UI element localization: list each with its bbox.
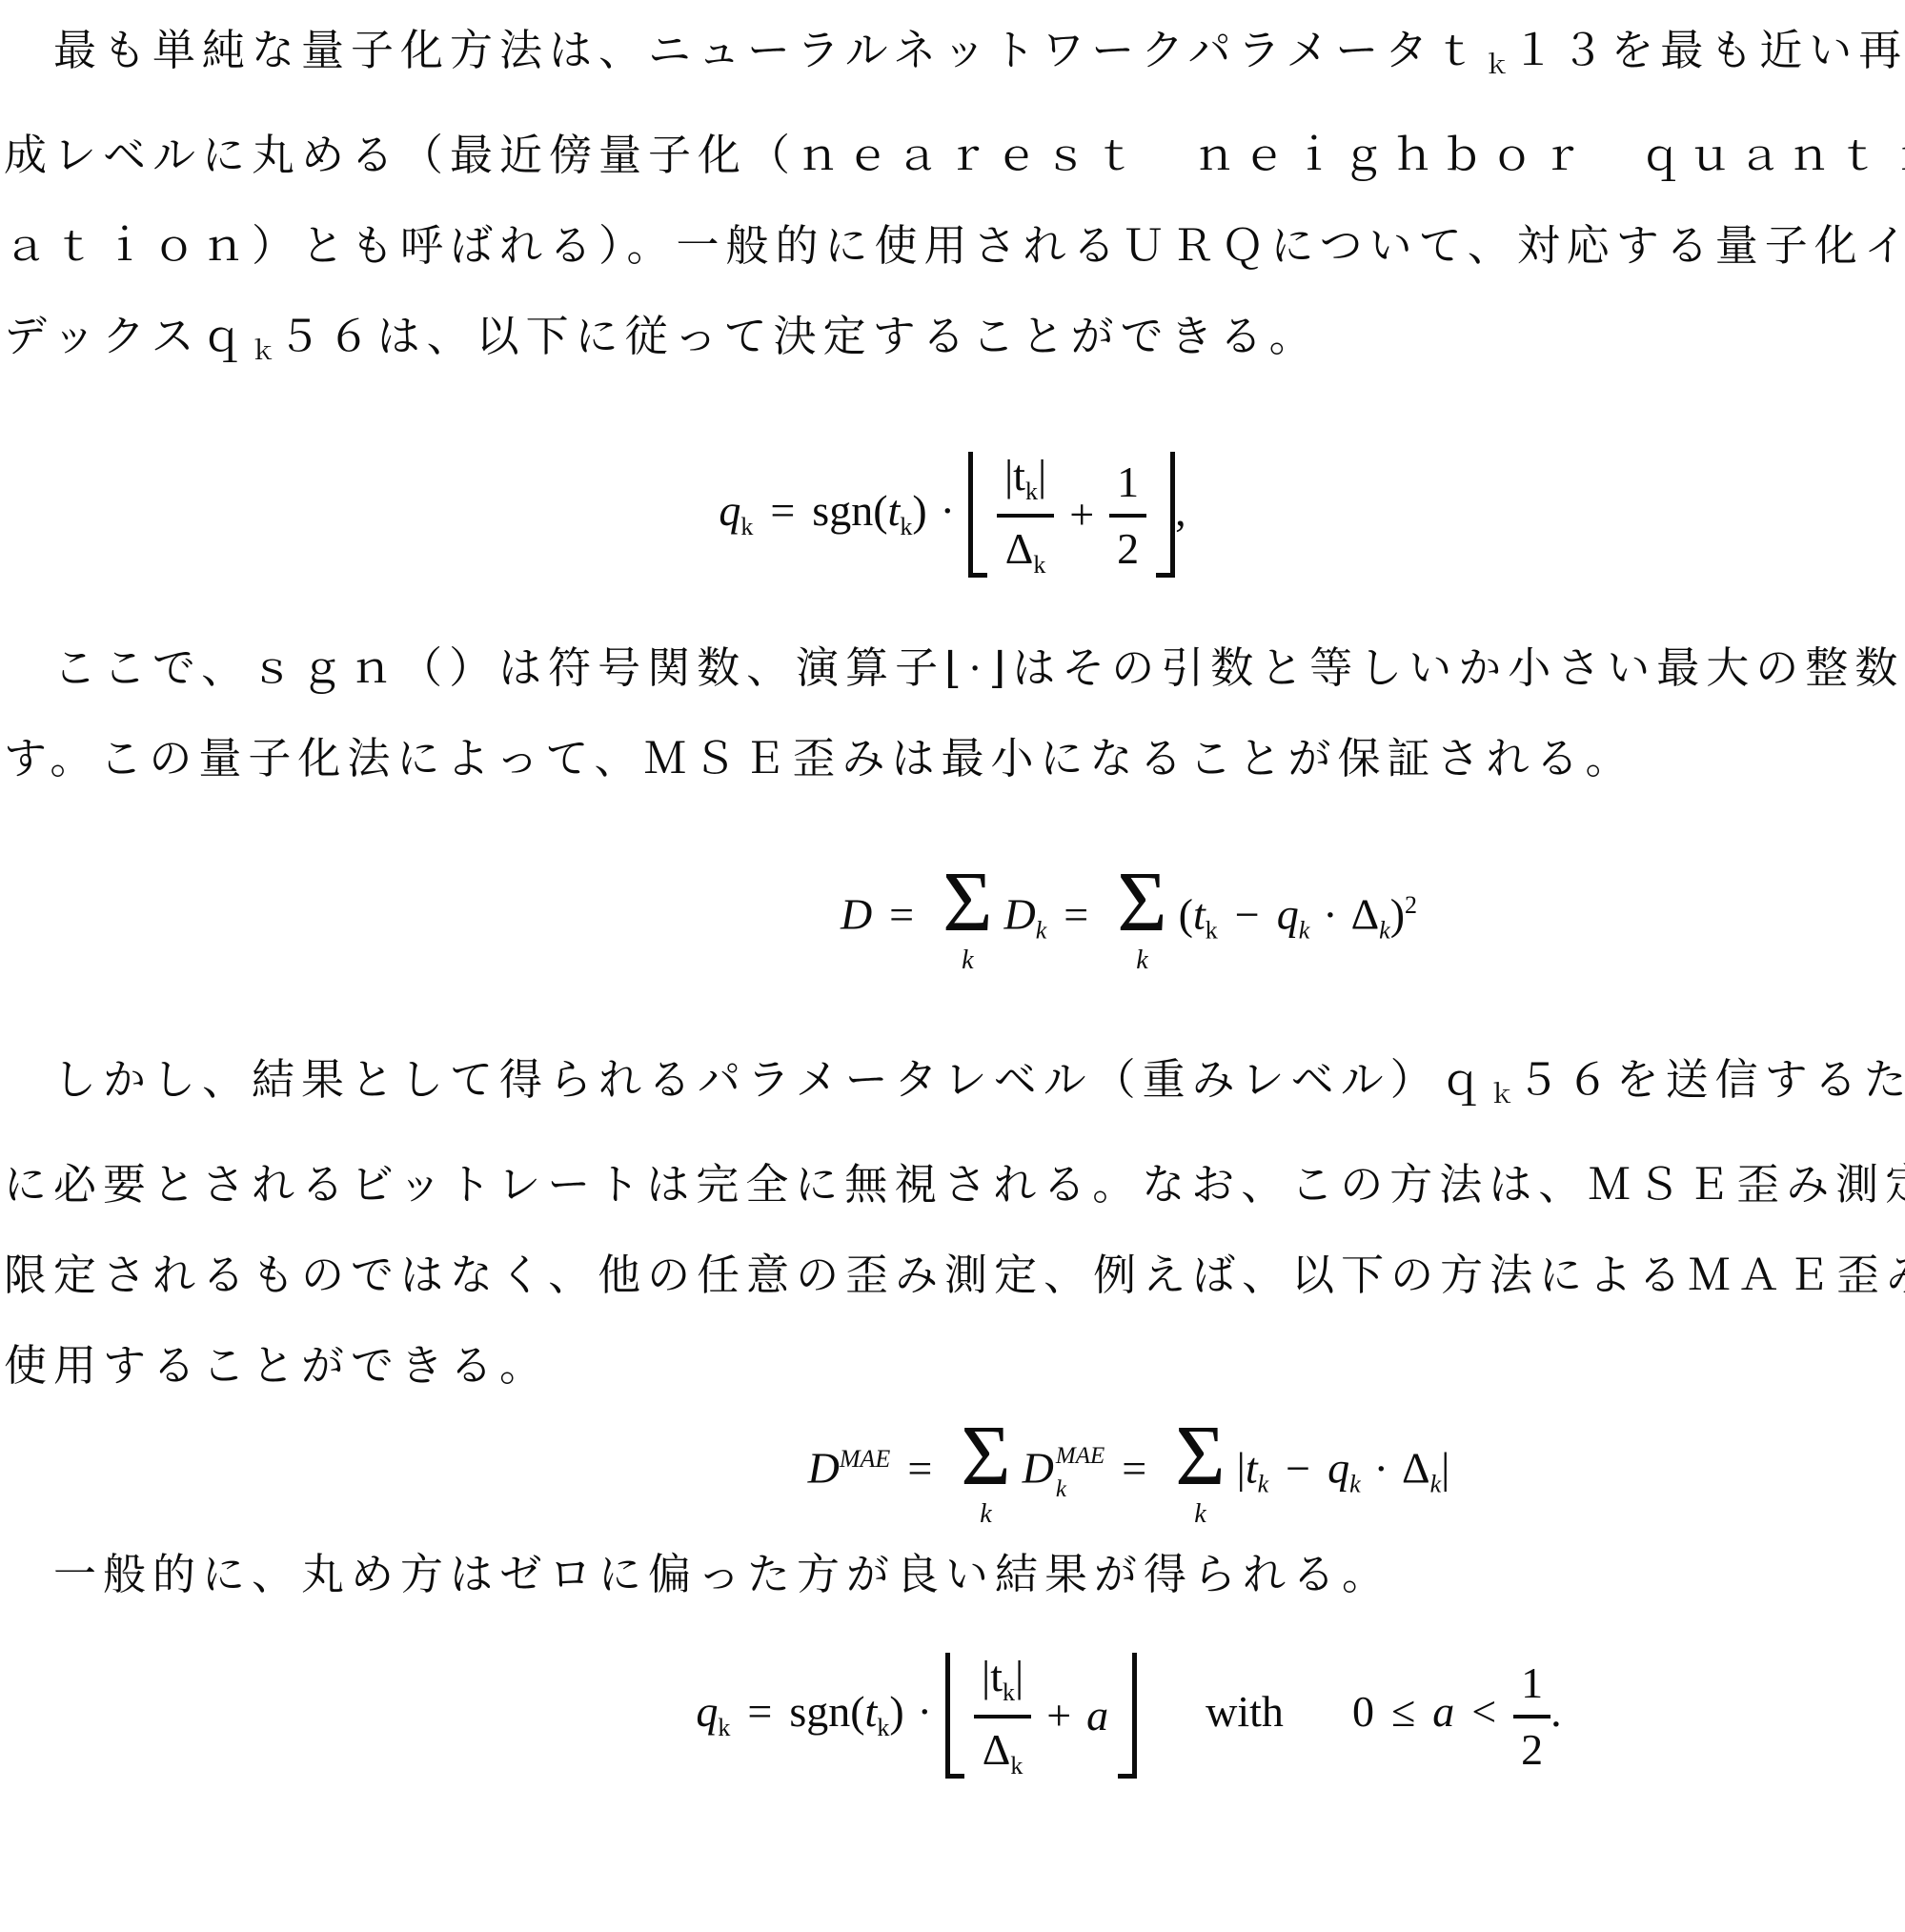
paragraph-rounding-bias: 一般的に、丸め方はゼロに偏った方が良い結果が得られる。 (4, 1530, 1901, 1620)
paragraph-bitrate-note: しかし、結果として得られるパラメータレベル（重みレベル）ｑｋ５６を送信するため … (4, 1035, 1901, 1412)
fraction-group: 12 (1513, 1659, 1550, 1772)
math-token: k (1036, 917, 1047, 945)
math-token: k (1430, 1471, 1442, 1498)
math-token: a (1086, 1694, 1108, 1738)
math-token: ) (1390, 890, 1405, 939)
fraction-denominator: Δk (983, 1718, 1023, 1779)
text-run: １３を最も近い再構 (1511, 27, 1905, 74)
math-token: a (1432, 1687, 1454, 1736)
multiplication-dot: · (1323, 890, 1337, 939)
math-token: . (1550, 1687, 1562, 1736)
floor-bracket-group: |tk|Δk+a (945, 1653, 1137, 1779)
p3-line1: しかし、結果として得られるパラメータレベル（重みレベル）ｑｋ５６を送信するため (4, 1035, 1901, 1140)
p3-line4: 使用することができる。 (4, 1321, 1901, 1412)
text-run: 使用することができる。 (4, 1342, 549, 1390)
math-token: sgn( (812, 486, 887, 535)
math-token: k (900, 513, 912, 540)
sigma-symbol: Σ (961, 1417, 1010, 1496)
summation: Σk (961, 1417, 1010, 1528)
text-run: ここで、ｓｇｎ（）は符号関数、演算子⌊·⌋はその引数と等しいか小さい最大の整数を… (4, 644, 1905, 692)
math-token: q (719, 486, 740, 535)
text-run: 成レベルに丸める（最近傍量子化（ｎｅａｒｅｓｔ ｎｅｉｇｈｂｏｒ ｑｕａｎｔｉｚ (4, 132, 1905, 179)
math-token: ) (912, 486, 926, 535)
math-token: D (1004, 890, 1036, 939)
math-token: k (1003, 1678, 1015, 1706)
equals-sign: = (747, 1687, 772, 1736)
plus-sign: + (1069, 493, 1094, 537)
fraction-numerator: 1 (1513, 1659, 1550, 1718)
p1-line1: 最も単純な量子化方法は、ニューラルネットワークパラメータｔｋ１３を最も近い再構 (4, 6, 1901, 111)
equation-nearest-neighbor-quantization: qk=sgn(tk)·|tk|Δk+12, (4, 452, 1901, 578)
text-run: ５６は、以下に従って決定することができる。 (278, 313, 1319, 360)
abs-bar: | (1441, 1444, 1449, 1493)
math-token: D (808, 1444, 840, 1493)
p2-line2: す。この量子化法によって、ＭＳＥ歪みは最小になることが保証される。 (4, 714, 1901, 804)
with-keyword: with (1206, 1687, 1284, 1736)
p1-line2: 成レベルに丸める（最近傍量子化（ｎｅａｒｅｓｔ ｎｅｉｇｈｂｏｒ ｑｕａｎｔｉｚ (4, 111, 1901, 201)
math-token: k (740, 513, 753, 540)
sup-sub-stack: MAEk (1056, 1444, 1104, 1501)
multiplication-dot: · (1374, 1444, 1388, 1493)
less-than-sign: < (1471, 1687, 1496, 1736)
minus-sign: − (1286, 1444, 1310, 1493)
math-token: k (1379, 917, 1390, 945)
math-token: Δ (983, 1725, 1011, 1774)
summation: Σk (1117, 864, 1166, 974)
paragraph-sgn-explanation: ここで、ｓｇｎ（）は符号関数、演算子⌊·⌋はその引数と等しいか小さい最大の整数を… (4, 623, 1901, 804)
summation-index: k (1136, 947, 1147, 974)
math-token: |t (1004, 451, 1025, 499)
text-run: す。この量子化法によって、ＭＳＥ歪みは最小になることが保証される。 (4, 735, 1635, 783)
text-run: 一般的に、丸め方はゼロに偏った方が良い結果が得られる。 (4, 1551, 1391, 1598)
p3-line2: に必要とされるビットレートは完全に無視される。なお、この方法は、ＭＳＥ歪み測定に (4, 1140, 1901, 1230)
math-token: ) (889, 1687, 903, 1736)
text-run: しかし、結果として得られるパラメータレベル（重みレベル）ｑ (4, 1056, 1490, 1104)
math-token: Δ (1402, 1444, 1430, 1493)
math-token: Δ (1005, 524, 1034, 573)
math-token: q (696, 1687, 718, 1736)
multiplication-dot: · (918, 1687, 932, 1736)
subscript-k: ｋ (251, 336, 278, 365)
summation-index: k (962, 947, 973, 974)
p1-line3: ａｔｉｏｎ）とも呼ばれる）。一般的に使用されるＵＲＱについて、対応する量子化イン (4, 201, 1901, 292)
math-token: k (1025, 478, 1038, 505)
p3-line3: 限定されるものではなく、他の任意の歪み測定、例えば、以下の方法によるＭＡＥ歪みを (4, 1230, 1901, 1321)
math-token: k (1010, 1752, 1023, 1779)
fraction-tk-over-delta: |tk|Δk (997, 452, 1054, 578)
math-token: t (1193, 890, 1206, 939)
fraction-numerator: |tk| (974, 1653, 1031, 1718)
text-run: ａｔｉｏｎ）とも呼ばれる）。一般的に使用されるＵＲＱについて、対応する量子化イン (4, 222, 1905, 270)
equals-sign: = (770, 486, 795, 535)
fraction-tk-over-delta: |tk|Δk (974, 1653, 1031, 1779)
equation-mse-distortion: D=ΣkDk=Σk(tk−qk·Δk)2 (180, 864, 1905, 974)
floor-right-bracket (1118, 1653, 1137, 1779)
floor-left-bracket (968, 452, 987, 578)
math-token: D (1023, 1444, 1054, 1493)
floor-left-bracket (945, 1653, 964, 1779)
math-token: MAE (1056, 1444, 1104, 1468)
math-token: Δ (1351, 890, 1380, 939)
exponent: 2 (1405, 892, 1417, 920)
math-token: k (1033, 551, 1045, 579)
summation-index: k (980, 1501, 991, 1528)
fraction-one-half: 12 (1109, 458, 1146, 571)
math-token: k (1349, 1471, 1361, 1498)
math-token: ( (1179, 890, 1193, 939)
text-run: に必要とされるビットレートは完全に無視される。なお、この方法は、ＭＳＥ歪み測定に (4, 1161, 1905, 1209)
summation: Σk (1175, 1417, 1225, 1528)
math-token: k (1258, 1471, 1269, 1498)
sigma-symbol: Σ (1175, 1417, 1225, 1496)
math-token: k (877, 1714, 889, 1741)
abs-bar: | (1237, 1444, 1246, 1493)
math-token: MAE (840, 1445, 890, 1473)
math-token: t (1246, 1444, 1258, 1493)
equation-biased-rounding: qk=sgn(tk)·|tk|Δk+awith0≤a<12. (180, 1653, 1905, 1779)
fraction-denominator: 2 (1521, 1718, 1543, 1772)
sigma-symbol: Σ (1117, 864, 1166, 943)
math-token: t (888, 486, 901, 535)
plus-sign: + (1046, 1694, 1071, 1738)
floor-bracket-group: |tk|Δk+12 (968, 452, 1175, 578)
math-token: k (1206, 917, 1218, 945)
math-token: q (1327, 1444, 1349, 1493)
leq-sign: ≤ (1391, 1687, 1415, 1736)
subscript-k: ｋ (1490, 1080, 1517, 1108)
p1-line4: デックスｑｋ５６は、以下に従って決定することができる。 (4, 292, 1901, 397)
text-run: 限定されるものではなく、他の任意の歪み測定、例えば、以下の方法によるＭＡＥ歪みを (4, 1251, 1905, 1299)
equals-sign: = (889, 890, 914, 939)
text-run: ５６を送信するため (1517, 1056, 1905, 1104)
equals-sign: = (1064, 890, 1088, 939)
math-token: k (1056, 1477, 1066, 1501)
equals-sign: = (907, 1444, 932, 1493)
equation-mae-distortion: DMAE=ΣkDMAEk=Σk|tk−qk·Δk| (180, 1417, 1905, 1528)
math-token: q (1277, 890, 1299, 939)
math-token: | (1038, 451, 1046, 499)
math-token: k (718, 1714, 730, 1741)
math-token: t (865, 1687, 878, 1736)
math-token: sgn( (789, 1687, 864, 1736)
subscript-k: ｋ (1484, 51, 1511, 79)
text-run: デックスｑ (4, 313, 251, 360)
fraction-numerator: 1 (1109, 458, 1146, 518)
minus-sign: − (1235, 890, 1260, 939)
text-run: 最も単純な量子化方法は、ニューラルネットワークパラメータｔ (4, 27, 1484, 74)
summation: Σk (942, 864, 992, 974)
floor-right-bracket (1156, 452, 1175, 578)
fraction-denominator: Δk (1005, 518, 1046, 578)
fraction-one-half: 12 (1513, 1659, 1550, 1772)
patent-page: 最も単純な量子化方法は、ニューラルネットワークパラメータｔｋ１３を最も近い再構 … (0, 0, 1905, 1932)
math-token: | (1015, 1652, 1023, 1700)
math-token: k (1299, 917, 1310, 945)
p2-line1: ここで、ｓｇｎ（）は符号関数、演算子⌊·⌋はその引数と等しいか小さい最大の整数を… (4, 623, 1901, 714)
fraction-numerator: |tk| (997, 452, 1054, 518)
summation-index: k (1194, 1501, 1206, 1528)
sigma-symbol: Σ (942, 864, 992, 943)
fraction-denominator: 2 (1117, 518, 1139, 571)
math-token: 0 (1352, 1687, 1374, 1736)
math-token: D (841, 890, 872, 939)
paragraph-quantization-intro: 最も単純な量子化方法は、ニューラルネットワークパラメータｔｋ１３を最も近い再構 … (4, 6, 1901, 397)
math-token: |t (982, 1652, 1003, 1700)
p4-line1: 一般的に、丸め方はゼロに偏った方が良い結果が得られる。 (4, 1530, 1901, 1620)
multiplication-dot: · (941, 486, 955, 535)
equals-sign: = (1122, 1444, 1146, 1493)
math-token: , (1175, 486, 1186, 535)
